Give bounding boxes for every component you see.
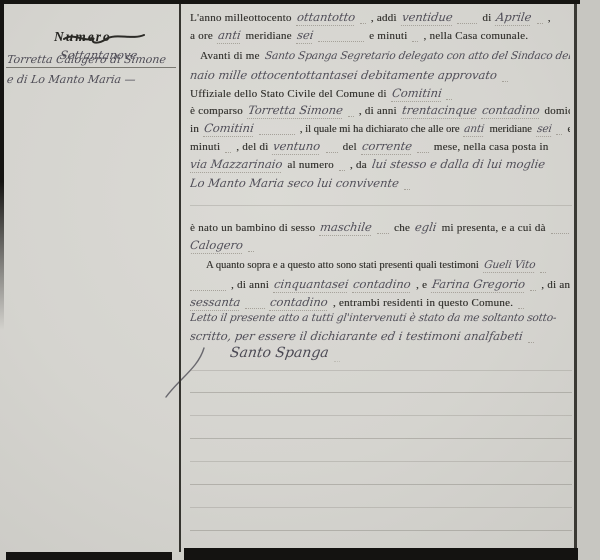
- blank-ruled-line: [190, 461, 572, 462]
- blank-ruled-line: [190, 415, 572, 416]
- printed-segment: , entrambi residenti in questo Comune.: [333, 297, 513, 309]
- blank-rule: [457, 23, 477, 24]
- printed-segment: , e: [416, 279, 427, 291]
- printed-segment: mi presenta, e a cui dà: [442, 222, 546, 234]
- blank-rule: [225, 152, 231, 153]
- record-line: Avanti di me Santo Spanga Segretario del…: [190, 50, 570, 67]
- printed-segment: meridiane: [246, 30, 292, 42]
- handwritten-segment: Farina Gregorio: [431, 277, 526, 293]
- blank-rule: [334, 361, 340, 362]
- handwritten-segment: Santo Spanga Segretario delegato con att…: [264, 50, 570, 62]
- margin-annotation-line1: Torretta Calogero di Simone: [6, 53, 178, 68]
- printed-segment: , del dì: [236, 141, 268, 153]
- printed-segment: e: [567, 123, 570, 135]
- handwritten-segment: ventidue: [401, 10, 454, 26]
- page-edge-strip: [577, 0, 600, 560]
- blank-ruled-line: [190, 507, 572, 508]
- printed-segment: a ore: [190, 30, 213, 42]
- printed-segment: Avanti di me: [200, 50, 260, 62]
- printed-segment: è nato un bambino di sesso: [190, 222, 315, 234]
- record-line: A quanto sopra e a questo atto sono stat…: [190, 259, 570, 276]
- handwritten-segment: lui stesso e dalla di lui moglie: [371, 157, 546, 171]
- printed-segment: L'anno milleottocento: [190, 12, 292, 24]
- record-line: minuti , del dì ventuno del corrente mes…: [190, 139, 570, 156]
- record-line: è comparso Torretta Simone , di anni tre…: [190, 103, 570, 120]
- ink-flourish-stroke: [158, 344, 218, 404]
- handwritten-segment: contadino: [269, 295, 329, 311]
- handwritten-segment: ottantotto: [296, 10, 356, 26]
- blank-ruled-line: [190, 484, 572, 485]
- record-line: sessanta contadino , entrambi residenti …: [190, 295, 570, 312]
- scanned-birth-record-page: Numero Settantanove Torretta Calogero di…: [0, 0, 600, 560]
- printed-segment: al numero: [287, 159, 334, 171]
- handwritten-segment: sei: [536, 123, 552, 137]
- margin-annotation-line2: e di Lo Manto Maria —: [6, 73, 178, 86]
- blank-rule: [404, 189, 410, 190]
- blank-rule: [412, 41, 418, 42]
- handwritten-segment: sei: [296, 28, 315, 44]
- blank-rule: [190, 290, 226, 291]
- printed-segment: , da: [350, 159, 367, 171]
- record-line: Calogero: [190, 238, 570, 255]
- record-line: a ore anti meridiane sei e minuti , nell…: [190, 28, 570, 45]
- record-line: è nato un bambino di sesso maschile che …: [190, 220, 570, 237]
- blank-rule: [259, 134, 295, 135]
- flourish-icon: [58, 30, 150, 46]
- printed-segment: Uffiziale dello Stato Civile del Comune …: [190, 88, 387, 100]
- blank-rule: [518, 308, 524, 309]
- handwritten-segment: trentacinque: [401, 103, 478, 119]
- printed-segment: che: [394, 222, 410, 234]
- page-right-border: [574, 4, 577, 556]
- blank-rule: [556, 134, 562, 135]
- blank-rule: [377, 233, 389, 234]
- blank-rule: [551, 233, 570, 234]
- printed-segment: in: [190, 123, 199, 135]
- blank-rule: [530, 290, 536, 291]
- printed-segment: domiciliat: [544, 105, 570, 117]
- printed-segment: mese, nella casa posta in: [434, 141, 549, 153]
- handwritten-segment: corrente: [361, 139, 413, 155]
- record-line: Lo Manto Maria seco lui convivente: [190, 176, 570, 193]
- page-top-edge: [0, 0, 580, 4]
- margin-number: Numero Settantanove: [38, 10, 137, 82]
- printed-segment: meridiane: [489, 124, 531, 135]
- printed-segment: di: [482, 12, 491, 24]
- printed-segment: , di anni: [359, 105, 397, 117]
- margin-divider-line: [179, 4, 181, 552]
- handwritten-segment: Comitini: [203, 121, 255, 137]
- page-bottom-edge-left: [6, 552, 172, 560]
- record-line: Uffiziale dello Stato Civile del Comune …: [190, 86, 570, 103]
- handwritten-segment: Torretta Simone: [247, 103, 344, 119]
- blank-rule: [245, 308, 265, 309]
- blank-rule: [360, 23, 366, 24]
- blank-rule: [348, 116, 354, 117]
- handwritten-segment: contadino: [352, 277, 412, 293]
- handwritten-segment: Letto il presente atto a tutti gl'interv…: [190, 312, 557, 324]
- handwritten-segment: naio mille ottocentottantasei debitament…: [190, 68, 498, 82]
- blank-rule: [537, 23, 543, 24]
- signature-line: Santo Spanga: [190, 345, 570, 365]
- blank-rule: [318, 41, 364, 42]
- blank-rule: [339, 170, 345, 171]
- handwritten-segment: contadino: [481, 103, 541, 119]
- blank-rule: [502, 81, 508, 82]
- handwritten-segment: Lo Manto Maria seco lui convivente: [190, 176, 400, 190]
- handwritten-segment: cinquantasei: [273, 277, 350, 293]
- blank-rule: [417, 152, 429, 153]
- printed-segment: , addì: [371, 12, 397, 24]
- handwritten-segment: scritto, per essere il dichiarante ed i …: [190, 329, 524, 343]
- handwritten-segment: maschile: [319, 220, 373, 236]
- printed-segment: minuti: [190, 141, 220, 153]
- printed-segment: A quanto sopra e a questo atto sono stat…: [206, 260, 479, 271]
- blank-ruled-line: [190, 392, 572, 393]
- blank-ruled-line: [190, 438, 572, 439]
- official-signature: Santo Spanga: [229, 345, 330, 361]
- handwritten-segment: via Mazzarinaio: [190, 157, 283, 173]
- printed-segment: , il quale mi ha dichiarato che alle ore: [300, 124, 460, 135]
- record-line: Letto il presente atto a tutti gl'interv…: [190, 312, 570, 329]
- handwritten-segment: ventuno: [272, 139, 321, 155]
- handwritten-segment: egli: [414, 220, 437, 234]
- record-line: in Comitini , il quale mi ha dichiarato …: [190, 121, 570, 138]
- handwritten-segment: Aprile: [495, 10, 533, 26]
- handwritten-segment: Gueli Vito: [483, 259, 536, 273]
- blank-rule: [446, 99, 452, 100]
- printed-segment: è comparso: [190, 105, 243, 117]
- printed-segment: del: [343, 141, 357, 153]
- blank-ruled-line: [190, 370, 572, 371]
- blank-ruled-line: [190, 205, 572, 206]
- blank-ruled-line: [190, 530, 572, 531]
- blank-rule: [326, 152, 338, 153]
- handwritten-segment: anti: [464, 123, 486, 137]
- blank-rule: [528, 342, 534, 343]
- blank-rule: [248, 251, 254, 252]
- blank-rule: [540, 272, 546, 273]
- handwritten-segment: Comitini: [391, 86, 443, 102]
- printed-segment: ,: [548, 12, 551, 24]
- printed-segment: , di anni: [541, 279, 570, 291]
- printed-segment: , nella Casa comunale.: [423, 30, 528, 42]
- record-line: via Mazzarinaio al numero , da lui stess…: [190, 157, 570, 174]
- record-line: scritto, per essere il dichiarante ed i …: [190, 329, 570, 346]
- printed-segment: , di anni: [231, 279, 269, 291]
- record-line: , di anni cinquantasei contadino , e Far…: [190, 277, 570, 294]
- page-left-edge: [0, 0, 4, 330]
- record-line: naio mille ottocentottantasei debitament…: [190, 68, 570, 85]
- handwritten-segment: Calogero: [190, 238, 244, 254]
- handwritten-segment: anti: [217, 28, 242, 44]
- printed-segment: e minuti: [369, 30, 407, 42]
- record-line: L'anno milleottocento ottantotto , addì …: [190, 10, 570, 27]
- page-bottom-edge-right: [184, 548, 578, 560]
- handwritten-segment: sessanta: [190, 295, 241, 311]
